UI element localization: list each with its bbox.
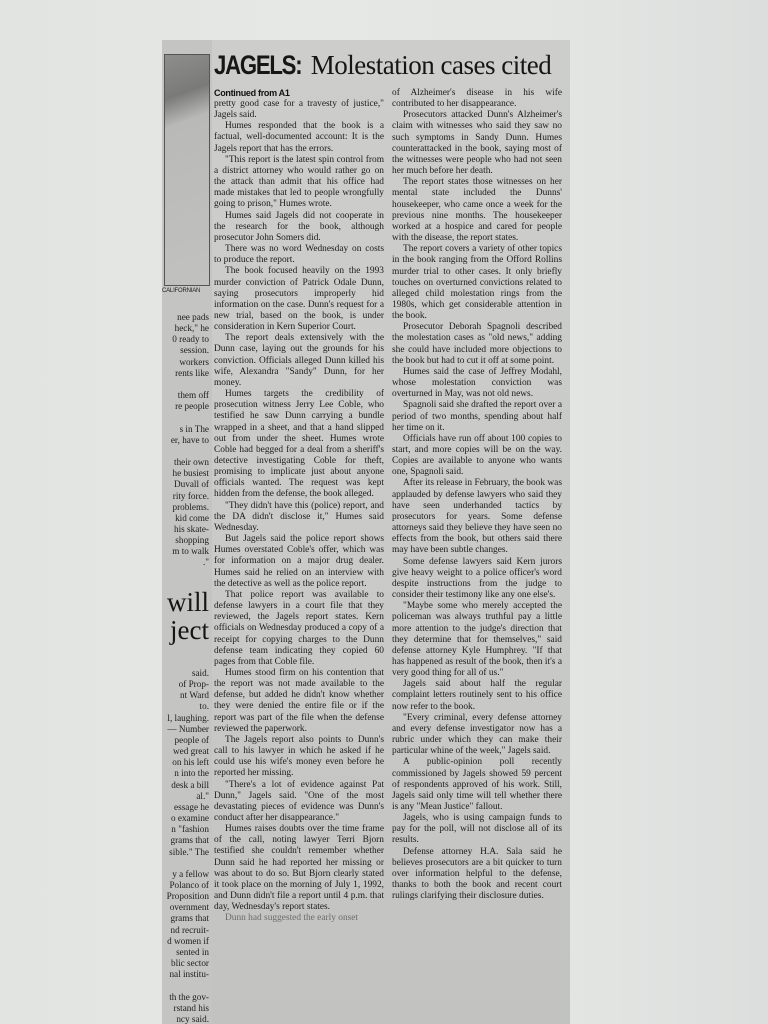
adjacent-story-line: sented in bbox=[167, 947, 209, 958]
adjacent-story-line: kid come bbox=[171, 513, 209, 524]
adjacent-story-line: rents like bbox=[171, 368, 209, 379]
article-paragraph: Humes stood firm on his contention that … bbox=[214, 668, 384, 735]
adjacent-story-line: grams that bbox=[167, 913, 209, 924]
adjacent-story-line: his skate- bbox=[171, 524, 209, 535]
adjacent-story-line: o examine bbox=[167, 813, 209, 824]
adjacent-story-line: to. bbox=[167, 701, 209, 712]
adjacent-story-line: — Number bbox=[167, 724, 209, 735]
article-paragraph: There was no word Wednesday on costs to … bbox=[214, 244, 384, 266]
article-paragraph: The Jagels report also points to Dunn's … bbox=[214, 735, 384, 780]
adjacent-story-line: rity force. bbox=[171, 491, 209, 502]
article-paragraph: "This report is the latest spin control … bbox=[214, 155, 384, 211]
article-column-2: of Alzheimer's disease in his wife contr… bbox=[392, 88, 562, 925]
adjacent-story-line: blic sector bbox=[167, 958, 209, 969]
adjacent-story-line bbox=[171, 446, 209, 457]
article-body: Continued from A1 pretty good case for a… bbox=[214, 88, 562, 925]
article-paragraph: After its release in February, the book … bbox=[392, 478, 562, 556]
adjacent-story-line bbox=[171, 412, 209, 423]
article-paragraph: Officials have run off about 100 copies … bbox=[392, 434, 562, 479]
adjacent-story-line: m to walk bbox=[171, 546, 209, 557]
adjacent-story-line: people of bbox=[167, 735, 209, 746]
adjacent-story-line: nee pads bbox=[171, 312, 209, 323]
adjacent-story-line: problems. bbox=[171, 502, 209, 513]
article-paragraph: That police report was available to defe… bbox=[214, 590, 384, 668]
adjacent-story-line: ncy said. bbox=[167, 1014, 209, 1024]
article-paragraph: Humes said Jagels did not cooperate in t… bbox=[214, 211, 384, 244]
adjacent-story-line: desk a bill bbox=[167, 780, 209, 791]
adjacent-story-line: 0 ready to bbox=[171, 334, 209, 345]
adjacent-story-headline: will ject bbox=[167, 588, 209, 644]
adjacent-story-line: sible." The bbox=[167, 847, 209, 858]
article-paragraph: of Alzheimer's disease in his wife contr… bbox=[392, 88, 562, 110]
adjacent-story-line: re people bbox=[171, 401, 209, 412]
article-column-1: Continued from A1 pretty good case for a… bbox=[214, 88, 384, 925]
adjacent-story-line: n into the bbox=[167, 768, 209, 779]
article-paragraph: Prosecutors attacked Dunn's Alzheimer's … bbox=[392, 110, 562, 177]
article-paragraph: Humes raises doubts over the time frame … bbox=[214, 824, 384, 913]
article-paragraph: Prosecutor Deborah Spagnoli described th… bbox=[392, 322, 562, 367]
adjacent-story-line bbox=[171, 379, 209, 390]
article-paragraph: Spagnoli said she drafted the report ove… bbox=[392, 400, 562, 433]
adjacent-story-line: workers bbox=[171, 357, 209, 368]
adjacent-story-line: Duvall of bbox=[171, 479, 209, 490]
adjacent-story-line: y a fellow bbox=[167, 869, 209, 880]
adjacent-story-line: them off bbox=[171, 390, 209, 401]
adjacent-story-line: nd recruit- bbox=[167, 925, 209, 936]
article-paragraph: Humes responded that the book is a factu… bbox=[214, 121, 384, 154]
headline-text: Molestation cases cited bbox=[305, 50, 552, 80]
article-paragraph: Jagels said about half the regular compl… bbox=[392, 679, 562, 712]
jump-line: Continued from A1 bbox=[214, 88, 384, 99]
article-paragraph: "Every criminal, every defense attorney … bbox=[392, 713, 562, 758]
headline-kicker: JAGELS: bbox=[214, 50, 301, 80]
adjacent-story-line: d women if bbox=[167, 936, 209, 947]
article-paragraph: But Jagels said the police report shows … bbox=[214, 534, 384, 590]
article-paragraph: "Maybe some who merely accepted the poli… bbox=[392, 601, 562, 679]
adjacent-story-line: er, have to bbox=[171, 435, 209, 446]
adjacent-story-line bbox=[167, 980, 209, 991]
article-paragraph: "They didn't have this (police) report, … bbox=[214, 501, 384, 534]
adjacent-story-line: their own bbox=[171, 457, 209, 468]
article-paragraph: Jagels, who is using campaign funds to p… bbox=[392, 813, 562, 846]
article-paragraph: Humes said the case of Jeffrey Modahl, w… bbox=[392, 367, 562, 400]
adjacent-story-line: essage he bbox=[167, 802, 209, 813]
adjacent-story-strip: CALIFORNIAN nee padsheck," he0 ready tos… bbox=[162, 40, 212, 1024]
adjacent-story-line: n "fashion bbox=[167, 824, 209, 835]
adjacent-story-line: al." bbox=[167, 791, 209, 802]
adjacent-story-line: Proposition bbox=[167, 891, 209, 902]
adjacent-story-line: session. bbox=[171, 345, 209, 356]
article-paragraph: The report covers a variety of other top… bbox=[392, 244, 562, 322]
article-paragraph: pretty good case for a travesty of justi… bbox=[214, 99, 384, 121]
news-photo bbox=[164, 54, 210, 286]
adjacent-story-line: rstand his bbox=[167, 1003, 209, 1014]
article-paragraph: Dunn had suggested the early onset bbox=[214, 913, 384, 924]
adjacent-headline-line: ject bbox=[167, 616, 209, 644]
adjacent-story-line: nal institu- bbox=[167, 969, 209, 980]
adjacent-story-line: shopping bbox=[171, 535, 209, 546]
adjacent-story-line: s in The bbox=[171, 424, 209, 435]
adjacent-story-line: ." bbox=[171, 557, 209, 568]
article-paragraph: The report states those witnesses on her… bbox=[392, 177, 562, 244]
article-headline: JAGELS: Molestation cases cited bbox=[214, 50, 551, 80]
adjacent-story-line: said. bbox=[167, 668, 209, 679]
adjacent-story-line: he busiest bbox=[171, 468, 209, 479]
adjacent-story-line: wed great bbox=[167, 746, 209, 757]
article-paragraph: Some defense lawyers said Kern jurors gi… bbox=[392, 557, 562, 602]
article-paragraph: "There's a lot of evidence against Pat D… bbox=[214, 780, 384, 825]
adjacent-story-line: overnment bbox=[167, 902, 209, 913]
adjacent-story-line: Polanco of bbox=[167, 880, 209, 891]
adjacent-story-line: l, laughing. bbox=[167, 713, 209, 724]
photo-credit: CALIFORNIAN bbox=[162, 288, 200, 294]
newspaper-clipping: CALIFORNIAN nee padsheck," he0 ready tos… bbox=[162, 40, 570, 1024]
article-paragraph: The report deals extensively with the Du… bbox=[214, 333, 384, 389]
article-paragraph: Humes targets the credibility of prosecu… bbox=[214, 389, 384, 501]
adjacent-story-lower-text: said.of Prop-nt Wardto.l, laughing.— Num… bbox=[167, 668, 209, 1024]
adjacent-headline-line: will bbox=[167, 588, 209, 616]
adjacent-story-upper-text: nee padsheck," he0 ready tosession.worke… bbox=[171, 312, 209, 569]
adjacent-story-line: of Prop- bbox=[167, 679, 209, 690]
adjacent-story-line: th the gov- bbox=[167, 992, 209, 1003]
adjacent-story-line: nt Ward bbox=[167, 690, 209, 701]
adjacent-story-line: on his left bbox=[167, 757, 209, 768]
adjacent-story-line: grams that bbox=[167, 835, 209, 846]
adjacent-story-line: heck," he bbox=[171, 323, 209, 334]
adjacent-story-line bbox=[167, 858, 209, 869]
article-paragraph: The book focused heavily on the 1993 mur… bbox=[214, 266, 384, 333]
article-paragraph: Defense attorney H.A. Sala said he belie… bbox=[392, 847, 562, 903]
article-paragraph: A public-opinion poll recently commissio… bbox=[392, 757, 562, 813]
